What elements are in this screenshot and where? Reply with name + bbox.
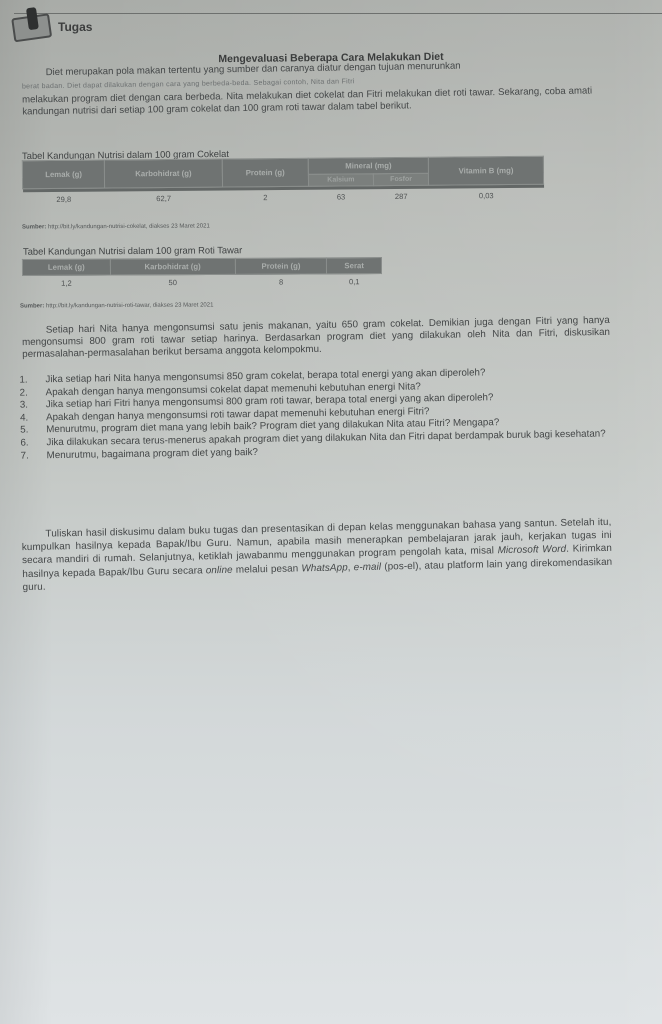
col-karbohidrat: Karbohidrat (g) — [105, 159, 223, 188]
intro-line-2: berat badan. Diet dapat dilakukan dengan… — [22, 78, 355, 90]
cell-protein: 8 — [235, 274, 327, 290]
section-label: Tugas — [58, 20, 92, 34]
col-lemak: Lemak (g) — [22, 259, 110, 275]
chocolate-nutrition-table: Lemak (g) Karbohidrat (g) Protein (g) Mi… — [22, 156, 544, 208]
col-protein: Protein (g) — [235, 258, 327, 274]
table-row: 29,8 62,7 2 63 287 0,03 — [23, 188, 544, 208]
question-list: 1.Jika setiap hari Nita hanya mengonsums… — [19, 365, 612, 462]
table2-source-link: http://bit.ly/kandungan-nutrisi-roti-taw… — [46, 302, 213, 309]
cell-serat: 0,1 — [327, 274, 382, 290]
cell-lemak: 1,2 — [23, 275, 111, 291]
cell-lemak: 29,8 — [23, 192, 105, 208]
col-vitamin: Vitamin B (mg) — [429, 156, 544, 185]
col-protein: Protein (g) — [222, 158, 308, 187]
bread-nutrition-table: Lemak (g) Karbohidrat (g) Protein (g) Se… — [22, 257, 382, 291]
col-lemak: Lemak (g) — [22, 160, 105, 189]
cell-karbohidrat: 62,7 — [105, 191, 222, 207]
col-karbohidrat: Karbohidrat (g) — [110, 258, 235, 275]
closing-paragraph: Tuliskan hasil diskusimu dalam buku tuga… — [21, 516, 612, 594]
table2-title: Tabel Kandungan Nutrisi dalam 100 gram R… — [23, 244, 242, 257]
story-paragraph: Setiap hari Nita hanya mengonsumsi satu … — [22, 315, 611, 362]
table1-source-link: http://bit.ly/kandungan-nutrisi-cokelat,… — [48, 224, 210, 231]
cell-vitamin: 0,03 — [429, 188, 544, 204]
table-row: 1,2 50 8 0,1 — [23, 274, 382, 291]
document-page: Tugas Mengevaluasi Beberapa Cara Melakuk… — [0, 0, 662, 1024]
col-mineral: Mineral (mg) — [308, 157, 429, 174]
table1-source: Sumber: http://bit.ly/kandungan-nutrisi-… — [22, 224, 210, 231]
cell-karbohidrat: 50 — [110, 274, 235, 290]
header-rule — [14, 13, 662, 14]
cell-kalsium: 63 — [308, 189, 373, 205]
table2-source: Sumber: http://bit.ly/kandungan-nutrisi-… — [20, 302, 213, 309]
section-header: Tugas — [8, 6, 92, 40]
intro-rest: melakukan program diet dengan cara berbe… — [22, 85, 592, 118]
col-serat: Serat — [327, 258, 382, 274]
col-kalsium: Kalsium — [308, 174, 373, 187]
clipboard-hand-icon — [6, 3, 54, 43]
cell-fosfor: 287 — [373, 189, 428, 204]
col-fosfor: Fosfor — [373, 173, 428, 185]
intro-paragraph: Diet merupakan pola makan tertentu yang … — [22, 59, 593, 120]
cell-protein: 2 — [222, 190, 308, 206]
